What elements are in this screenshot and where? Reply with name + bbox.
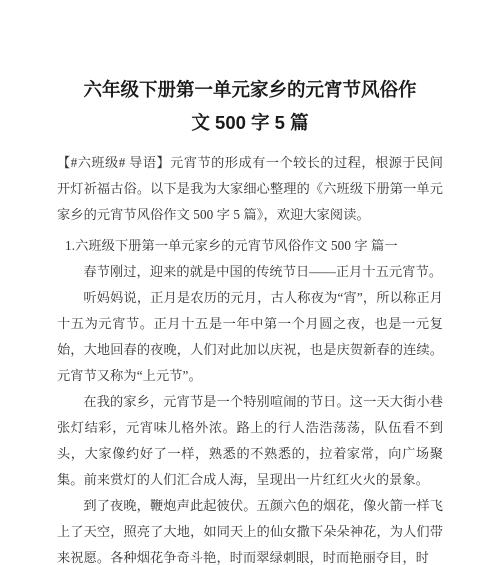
intro-paragraph: 【#六班级# 导语】元宵节的形成有一个较长的过程，根源于民间开灯祈福古俗。以下是… <box>57 150 443 228</box>
document-title: 六年级下册第一单元家乡的元宵节风俗作文 500 字 5 篇 <box>76 0 424 139</box>
essay-paragraph: 听妈妈说，正月是农历的元月，古人称夜为“宵”，所以称正月十五为元宵节。正月十五是… <box>57 285 443 389</box>
document-page: 六年级下册第一单元家乡的元宵节风俗作文 500 字 5 篇 【#六班级# 导语】… <box>0 0 500 565</box>
essay-paragraph: 到了夜晚，鞭炮声此起彼伏。五颜六色的烟花，像火箭一样飞上了天空，照亮了大地，如同… <box>57 493 443 565</box>
essay-paragraph: 春节刚过，迎来的就是中国的传统节日——正月十五元宵节。 <box>57 259 443 285</box>
section-heading: 1.六班级下册第一单元家乡的元宵节风俗作文 500 字 篇一 <box>57 233 443 259</box>
essay-paragraph: 在我的家乡，元宵节是一个特别喧闹的节日。这一天大街小巷张灯结彩，元宵味儿格外浓。… <box>57 389 443 493</box>
